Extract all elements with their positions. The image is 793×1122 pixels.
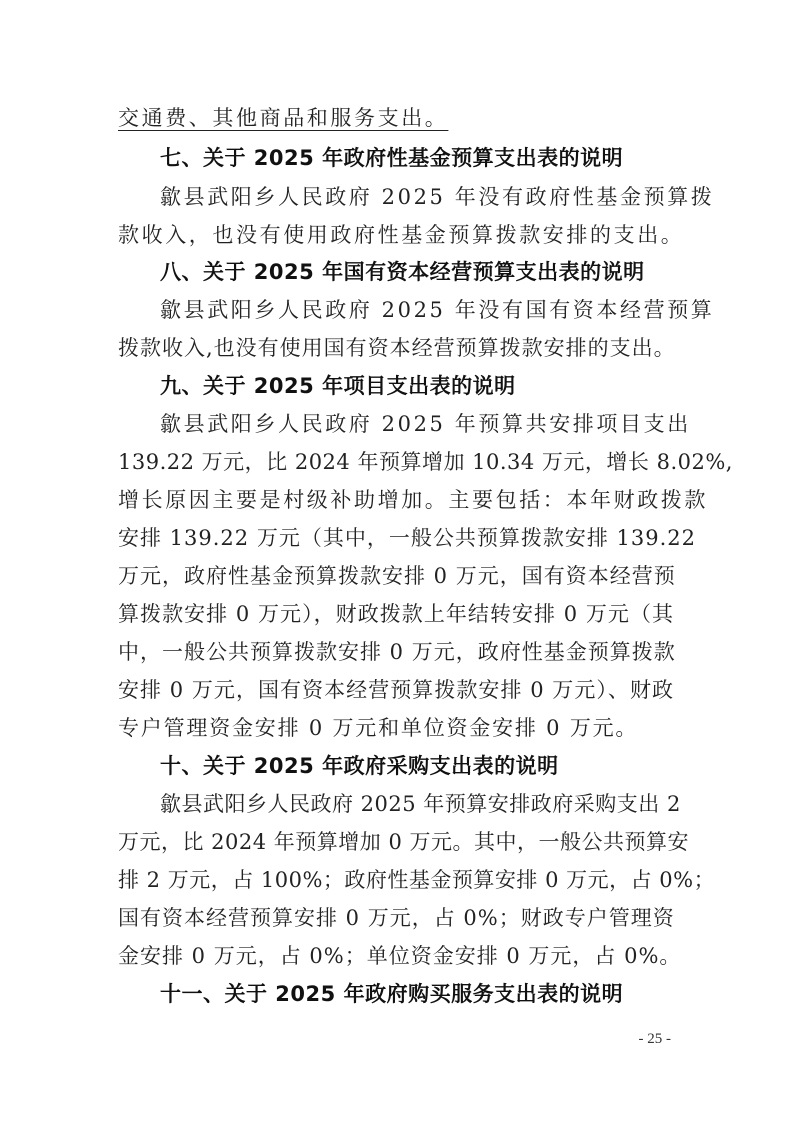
- paragraph-line: 增长原因主要是村级补助增加。主要包括：本年财政拨款: [118, 486, 674, 514]
- paragraph-line: 歙县武阳乡人民政府 2025 年没有政府性基金预算拨: [160, 183, 674, 211]
- section-heading-10: 十、关于 2025 年政府采购支出表的说明: [160, 752, 559, 780]
- paragraph-line: 歙县武阳乡人民政府 2025 年没有国有资本经营预算: [160, 296, 674, 324]
- continued-text-line: 交通费、其他商品和服务支出。: [118, 104, 448, 132]
- paragraph-line: 排 2 万元，占 100%；政府性基金预算安排 0 万元，占 0%；: [118, 866, 674, 894]
- section-heading-9: 九、关于 2025 年项目支出表的说明: [160, 372, 516, 400]
- paragraph-line: 歙县武阳乡人民政府 2025 年预算共安排项目支出: [160, 410, 674, 438]
- paragraph-line: 专户管理资金安排 0 万元和单位资金安排 0 万元。: [118, 714, 674, 742]
- section-heading-11: 十一、关于 2025 年政府购买服务支出表的说明: [160, 980, 623, 1008]
- paragraph-line: 万元，政府性基金预算拨款安排 0 万元，国有资本经营预: [118, 562, 674, 590]
- paragraph-line: 款收入，也没有使用政府性基金预算拨款安排的支出。: [118, 221, 674, 249]
- paragraph-line: 安排 139.22 万元（其中，一般公共预算拨款安排 139.22: [118, 524, 674, 552]
- paragraph-line: 139.22 万元，比 2024 年预算增加 10.34 万元，增长 8.02%…: [118, 448, 674, 476]
- paragraph-line: 算拨款安排 0 万元），财政拨款上年结转安排 0 万元（其: [118, 600, 674, 628]
- paragraph-line: 国有资本经营预算安排 0 万元，占 0%；财政专户管理资: [118, 904, 674, 932]
- paragraph-line: 金安排 0 万元，占 0%；单位资金安排 0 万元，占 0%。: [118, 942, 674, 970]
- paragraph-line: 万元，比 2024 年预算增加 0 万元。其中，一般公共预算安: [118, 828, 674, 856]
- section-heading-8: 八、关于 2025 年国有资本经营预算支出表的说明: [160, 258, 645, 286]
- paragraph-line: 拨款收入,也没有使用国有资本经营预算拨款安排的支出。: [118, 334, 674, 362]
- paragraph-line: 中，一般公共预算拨款安排 0 万元，政府性基金预算拨款: [118, 638, 674, 666]
- paragraph-line: 安排 0 万元，国有资本经营预算拨款安排 0 万元）、财政: [118, 676, 674, 704]
- paragraph-line: 歙县武阳乡人民政府 2025 年预算安排政府采购支出 2: [160, 790, 674, 818]
- page-number: - 25 -: [639, 1031, 672, 1048]
- section-heading-7: 七、关于 2025 年政府性基金预算支出表的说明: [160, 144, 623, 172]
- document-page: 交通费、其他商品和服务支出。 七、关于 2025 年政府性基金预算支出表的说明 …: [0, 0, 793, 1122]
